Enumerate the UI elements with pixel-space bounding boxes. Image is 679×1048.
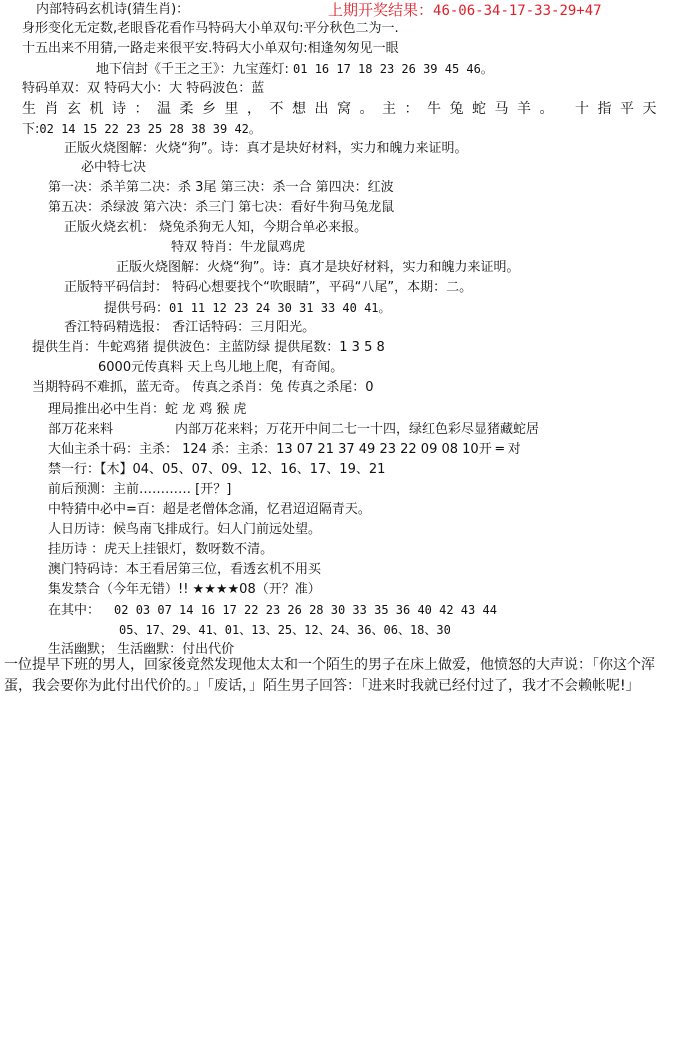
among-them: 在其中：02 03 07 14 16 17 22 23 26 28 30 33 … (48, 601, 497, 619)
fire-burn-diagram-1: 正版火烧图解：火烧“狗”。诗：真才是块好材料，实力和魄力来证明。 (64, 140, 467, 158)
underground-envelope: 地下信封《千王之王》：九宝莲灯: 01 16 17 18 23 26 39 45… (96, 60, 493, 78)
calendar-poem: 人日历诗：候鸟南飞排成行。妇人门前远处望。 (48, 521, 321, 539)
fire-burn-diagram-2: 正版火烧图解：火烧“狗”。诗：真才是块好材料，实力和魄力来证明。 (116, 259, 519, 277)
special-double-zodiac: 特双 特肖：牛龙鼠鸡虎 (171, 239, 305, 257)
flower-material-label: 部万花来料 (48, 422, 113, 437)
must-win-zodiac: 理局推出必中生肖：蛇 龙 鸡 猴 虎 (48, 401, 247, 419)
flat-code-envelope: 正版特平码信封： 特码心想要找个“吹眼睛”，平码“八尾”，本期：二。 (64, 279, 472, 297)
among-them-numbers: 02 03 07 14 16 17 22 23 26 28 30 33 35 3… (114, 603, 497, 617)
number-sequence: 05、17、29、41、01、13、25、12、24、36、06、18、30 (119, 621, 451, 639)
ten-fingers-prefix: 下: (22, 122, 39, 137)
provided-zodiac: 提供生肖：牛蛇鸡猪 提供波色：主蓝防绿 提供尾数：1 3 5 8 (32, 339, 385, 357)
page-title: 内部特码玄机诗(猜生肖)： (36, 1, 189, 19)
provided-numbers-label: 提供号码： (104, 301, 169, 316)
humor-story: 一位提早下班的男人，回家後竟然发现他太太和一个陌生的男子在床上做爱，他愤怒的大声… (4, 655, 676, 697)
current-special-code: 当期特码不难抓，蓝无奇。 传真之杀肖：兔 传真之杀尾：0 (32, 379, 374, 397)
flower-material-text: 内部万花来料；万花开中间二七一十四，绿红色彩尽显猪藏蛇居 (175, 422, 539, 437)
underground-envelope-label: 地下信封《千王之王》：九宝莲灯: (96, 62, 289, 77)
last-result-numbers: 46-06-34-17-33-29+47 (433, 3, 602, 19)
zodiac-poem: 生肖玄机诗：温柔乡里，不想出窝。主：牛兔蛇马羊。 十指平天 (22, 100, 665, 118)
fire-burn-mystery: 正版火烧玄机： 烧兔杀狗无人知，今期合单必来报。 (64, 219, 367, 237)
provided-numbers: 提供号码：01 11 12 23 24 30 31 33 40 41。 (104, 299, 391, 317)
rules-line-2: 第五决：杀绿波 第六决：杀三门 第七决：看好牛狗马兔龙鼠 (48, 199, 394, 217)
forecast: 前后预测：主前………… [开？] (48, 481, 231, 499)
rules-line-1: 第一决：杀羊第二决：杀 3尾 第三决：杀一合 第四决：红波 (48, 179, 394, 197)
fax-material: 6000元传真料 天上鸟儿地上爬，有奇闻。 (98, 359, 343, 377)
poem-line-2: 十五出来不用猜,一路走来很平安.特码大小单双句:相逢匆匆见一眼 (22, 40, 399, 58)
seven-rules-title: 必中特七决 (81, 159, 146, 177)
last-result: 上期开奖结果：46-06-34-17-33-29+47 (328, 0, 602, 21)
last-result-label: 上期开奖结果： (328, 1, 433, 19)
among-them-label: 在其中： (48, 603, 100, 618)
hundred-percent: 中特猜中必中=百：超是老僧体念涌，忆君迢迢隔青天。 (48, 501, 371, 519)
underground-envelope-numbers: 01 16 17 18 23 26 39 45 46。 (293, 62, 493, 76)
macau-special-poem: 澳门特码诗：本王看居第三位，看透玄机不用买 (48, 561, 321, 579)
ten-fingers-numbers: 下:02 14 15 22 23 25 28 38 39 42。 (22, 120, 261, 138)
ten-fingers-values: 02 14 15 22 23 25 28 38 39 42。 (39, 122, 261, 136)
collection-forbidden: 集发禁合（今年无错）!! ★★★★08（开？准） (48, 581, 321, 599)
hanging-calendar-poem: 挂历诗 ：虎天上挂银灯，数呀数不清。 (48, 541, 273, 559)
forbidden-row: 禁一行：【木】04、05、07、09、12、16、17、19、21 (48, 461, 385, 479)
xiangjiang-selection: 香江特码精选报： 香江话特码：三月阳光。 (64, 319, 315, 337)
provided-numbers-values: 01 11 12 23 24 30 31 33 40 41。 (169, 301, 391, 315)
flower-material: 部万花来料内部万花来料；万花开中间二七一十四，绿红色彩尽显猪藏蛇居 (48, 421, 539, 439)
special-code-attrs: 特码单双：双 特码大小：大 特码波色：蓝 (22, 80, 264, 98)
poem-line-1: 身形变化无定数,老眼昏花看作马特码大小单双句:平分秋色二为一. (22, 20, 399, 38)
immortal-kill-ten: 大仙主杀十码：主杀： 124 杀：主杀：13 07 21 37 49 23 22… (48, 441, 521, 459)
